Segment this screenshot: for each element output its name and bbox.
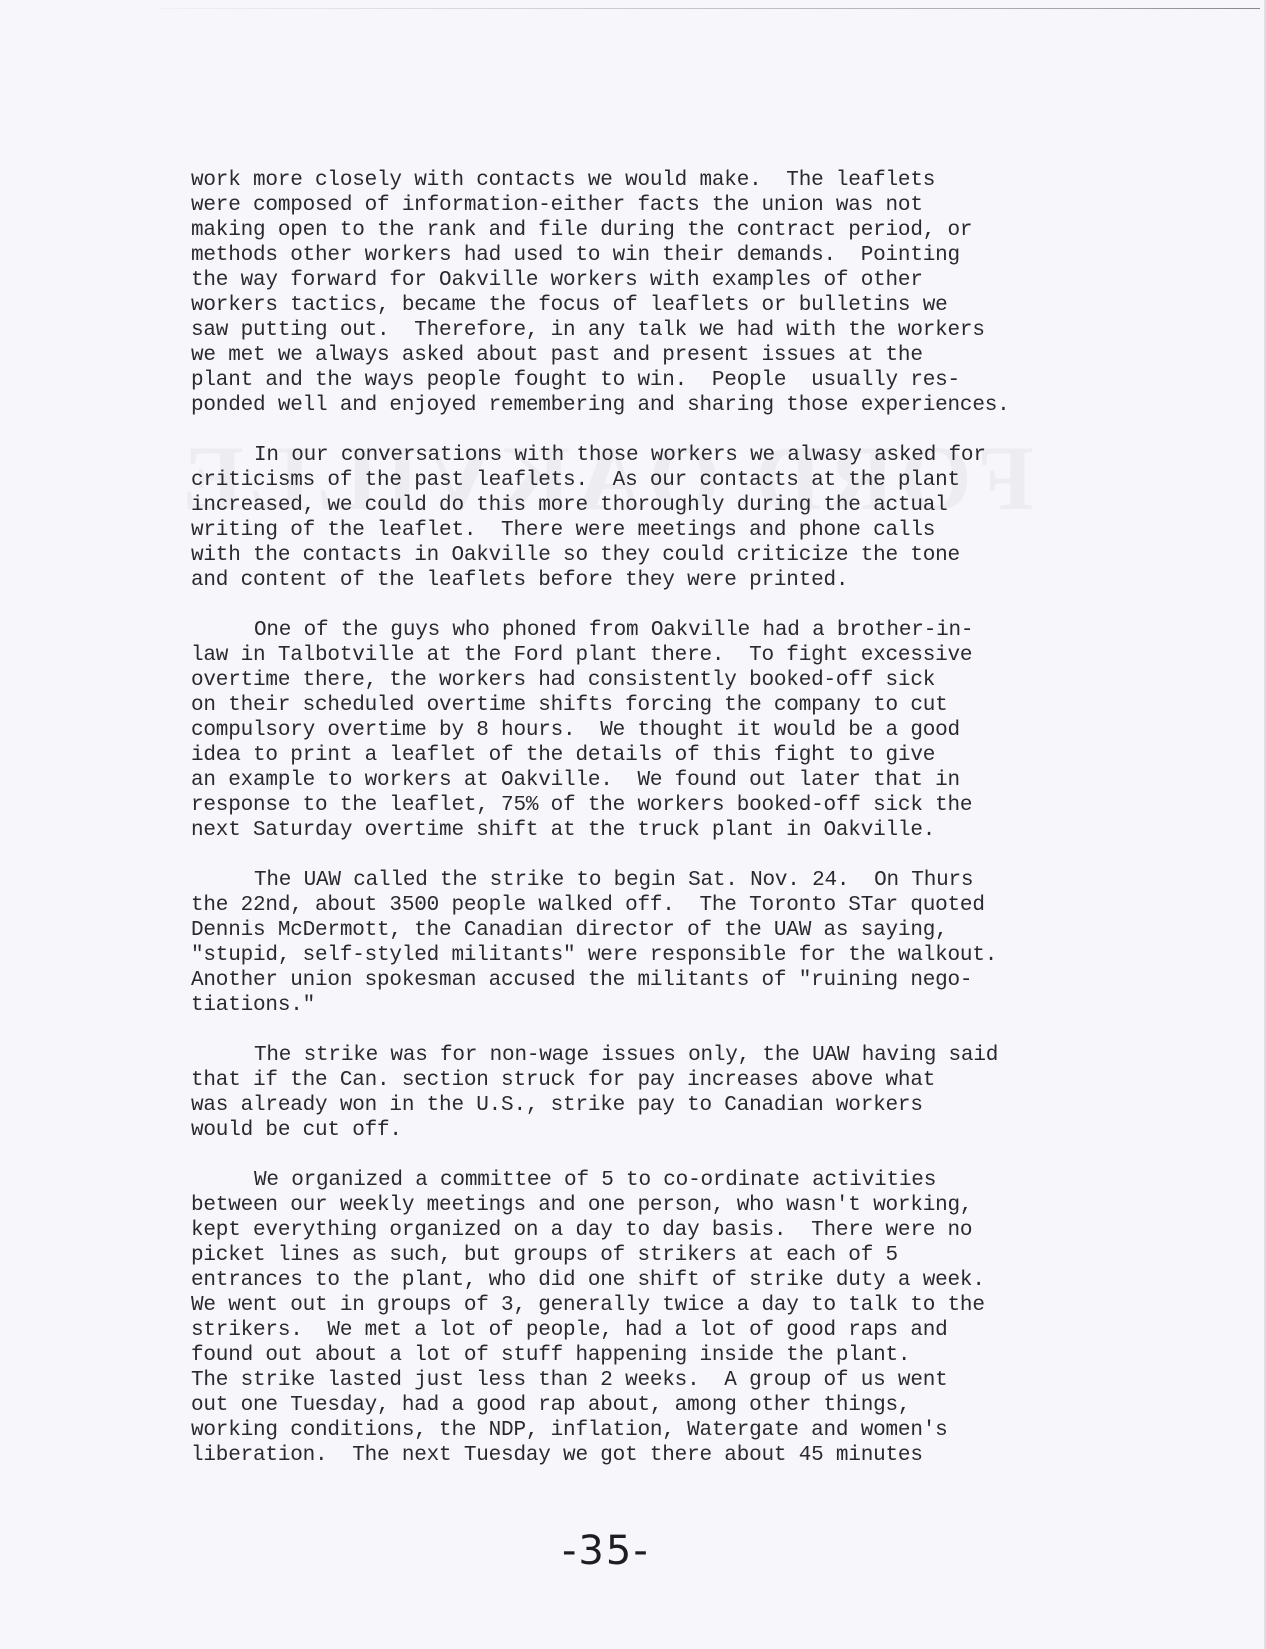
text-line: that if the Can. section struck for pay … (191, 1068, 1071, 1093)
text-line: was already won in the U.S., strike pay … (191, 1093, 1071, 1118)
text-line: We organized a committee of 5 to co-ordi… (191, 1168, 1071, 1193)
text-line: on their scheduled overtime shifts forci… (191, 693, 1071, 718)
text-line: working conditions, the NDP, inflation, … (191, 1418, 1071, 1443)
text-line: the 22nd, about 3500 people walked off. … (191, 893, 1071, 918)
scan-edge-top (160, 8, 1260, 9)
text-line: picket lines as such, but groups of stri… (191, 1243, 1071, 1268)
text-line: we met we always asked about past and pr… (191, 343, 1071, 368)
text-line: Another union spokesman accused the mili… (191, 968, 1071, 993)
text-line: entrances to the plant, who did one shif… (191, 1268, 1071, 1293)
text-line: methods other workers had used to win th… (191, 243, 1071, 268)
text-line: and content of the leaflets before they … (191, 568, 1071, 593)
text-line: The strike lasted just less than 2 weeks… (191, 1368, 1071, 1393)
text-line: "stupid, self-styled militants" were res… (191, 943, 1071, 968)
text-line: strikers. We met a lot of people, had a … (191, 1318, 1071, 1343)
text-line: between our weekly meetings and one pers… (191, 1193, 1071, 1218)
text-line: compulsory overtime by 8 hours. We thoug… (191, 718, 1071, 743)
text-line: We went out in groups of 3, generally tw… (191, 1293, 1071, 1318)
text-line: overtime there, the workers had consiste… (191, 668, 1071, 693)
paragraph-2: In our conversations with those workers … (191, 443, 1071, 593)
text-line: One of the guys who phoned from Oakville… (191, 618, 1071, 643)
text-line: kept everything organized on a day to da… (191, 1218, 1071, 1243)
page-number: -35- (562, 1528, 650, 1574)
text-line: ponded well and enjoyed remembering and … (191, 393, 1071, 418)
text-line: response to the leaflet, 75% of the work… (191, 793, 1071, 818)
text-line: The strike was for non-wage issues only,… (191, 1043, 1071, 1068)
text-line: In our conversations with those workers … (191, 443, 1071, 468)
paragraph-5: The strike was for non-wage issues only,… (191, 1043, 1071, 1143)
paragraph-3: One of the guys who phoned from Oakville… (191, 618, 1071, 843)
text-line: found out about a lot of stuff happening… (191, 1343, 1071, 1368)
text-line: plant and the ways people fought to win.… (191, 368, 1071, 393)
text-line: idea to print a leaflet of the details o… (191, 743, 1071, 768)
text-line: making open to the rank and file during … (191, 218, 1071, 243)
text-line: liberation. The next Tuesday we got ther… (191, 1443, 1071, 1468)
text-line: the way forward for Oakville workers wit… (191, 268, 1071, 293)
text-line: law in Talbotville at the Ford plant the… (191, 643, 1071, 668)
text-line: an example to workers at Oakville. We fo… (191, 768, 1071, 793)
text-line: tiations." (191, 993, 1071, 1018)
text-line: saw putting out. Therefore, in any talk … (191, 318, 1071, 343)
text-line: were composed of information-either fact… (191, 193, 1071, 218)
text-line: increased, we could do this more thoroug… (191, 493, 1071, 518)
paragraph-1: work more closely with contacts we would… (191, 168, 1071, 418)
text-line: writing of the leaflet. There were meeti… (191, 518, 1071, 543)
text-line: would be cut off. (191, 1118, 1071, 1143)
text-line: work more closely with contacts we would… (191, 168, 1071, 193)
text-line: next Saturday overtime shift at the truc… (191, 818, 1071, 843)
paragraph-6: We organized a committee of 5 to co-ordi… (191, 1168, 1071, 1468)
text-line: workers tactics, became the focus of lea… (191, 293, 1071, 318)
text-line: criticisms of the past leaflets. As our … (191, 468, 1071, 493)
paragraph-4: The UAW called the strike to begin Sat. … (191, 868, 1071, 1018)
text-line: out one Tuesday, had a good rap about, a… (191, 1393, 1071, 1418)
text-line: with the contacts in Oakville so they co… (191, 543, 1071, 568)
text-line: Dennis McDermott, the Canadian director … (191, 918, 1071, 943)
document-body: work more closely with contacts we would… (191, 168, 1071, 1493)
text-line: The UAW called the strike to begin Sat. … (191, 868, 1071, 893)
